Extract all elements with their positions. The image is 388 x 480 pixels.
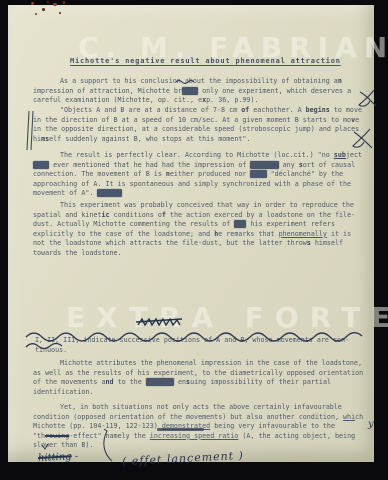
watermark-extra-forte: EXTRA FORTE bbox=[66, 301, 388, 334]
text-segment: Yet, in both situations not only acts th… bbox=[33, 403, 343, 421]
text-segment: ic bbox=[101, 211, 109, 219]
text-segment: eachother. A bbox=[249, 106, 305, 114]
text-segment: xxxxxxx bbox=[250, 161, 278, 169]
stain-speck bbox=[53, 3, 57, 6]
handwritten-effet-lancement-note: ( effet lancement ) bbox=[122, 449, 244, 468]
document-page: C. M. FABRIANO EXTRA FORTE Michotte's ne… bbox=[8, 5, 374, 462]
text-segment: ever mentioned that he had had the impre… bbox=[49, 161, 250, 169]
text-segment: impression of attraction, Michotte br bbox=[33, 87, 182, 95]
paragraph-conceived: This experiment was probably conceived t… bbox=[33, 201, 364, 259]
text-segment: any bbox=[279, 161, 299, 169]
text-segment: begins bbox=[306, 106, 330, 114]
text-segment: xxxx bbox=[250, 170, 266, 178]
text-segment: to the bbox=[114, 378, 146, 386]
text-segment: whi bbox=[343, 413, 355, 421]
text-segment: phenomenally bbox=[279, 230, 327, 238]
paragraph-intro: As a support to his conclusion about the… bbox=[33, 77, 364, 106]
text-segment: e remarks that bbox=[218, 230, 278, 238]
text-segment: sub bbox=[334, 151, 346, 159]
text-segment: xxxxxxx bbox=[146, 378, 174, 386]
paragraph-yet: Yet, in both situations not only acts th… bbox=[33, 403, 364, 451]
text-segment: rowing bbox=[45, 432, 69, 440]
handwritten-dash: - bbox=[71, 451, 78, 462]
handwritten-hitting-note: hitting - bbox=[38, 451, 79, 464]
stain-speck bbox=[63, 1, 65, 4]
text-segment: nd bbox=[105, 378, 113, 386]
text-segment: en bbox=[174, 378, 186, 386]
text-segment: p. 36, p.99). bbox=[206, 96, 258, 104]
text-segment: ms bbox=[41, 135, 49, 143]
text-segment: The result is perfectly clear. According… bbox=[60, 151, 334, 159]
document-title: Michotte's negative result about phenome… bbox=[70, 57, 380, 67]
text-segment: n bbox=[338, 77, 342, 85]
text-segment: elf suddenly against B, who stops at thi… bbox=[49, 135, 250, 143]
text-segment: I, II, III, indicate successive position… bbox=[35, 336, 349, 354]
text-segment: increasing speed ratio bbox=[150, 432, 239, 440]
text-segment: -effect" namely the bbox=[69, 432, 150, 440]
handwritten-struck-word: hitting bbox=[38, 451, 72, 464]
handwritten-margin-char: y bbox=[368, 419, 374, 430]
stain-speck bbox=[59, 12, 61, 14]
paragraph-crossed-out: I, II, III, indicate successive position… bbox=[35, 336, 369, 355]
paragraph-result: The result is perfectly clear. According… bbox=[33, 151, 364, 199]
text-segment: xxxxxx bbox=[97, 189, 121, 197]
paragraph-quote: "Objects A and B are at a distance of 7-… bbox=[33, 106, 364, 144]
stain-speck bbox=[47, 1, 49, 3]
text-segment: either produced nor bbox=[170, 170, 251, 178]
stain-speck bbox=[42, 8, 45, 11]
stain-speck bbox=[35, 13, 37, 15]
text-segment: "Objects A and B are at a distance of 7-… bbox=[60, 106, 241, 114]
text-segment: xxxx bbox=[33, 161, 49, 169]
text-segment: the bbox=[234, 220, 246, 228]
overtyped-blot bbox=[157, 428, 204, 431]
text-segment: ings bbox=[182, 87, 198, 95]
text-segment: As a support to his conclusion about the… bbox=[60, 77, 338, 85]
paragraph-attributes: Michotte attributes the phenomenal impre… bbox=[33, 359, 364, 397]
stain-speck bbox=[31, 2, 34, 5]
scan-background: { "document": { "watermarks": { "top": "… bbox=[0, 0, 388, 480]
text-segment: ject bbox=[346, 151, 362, 159]
text-segment: conditions o bbox=[110, 211, 162, 219]
